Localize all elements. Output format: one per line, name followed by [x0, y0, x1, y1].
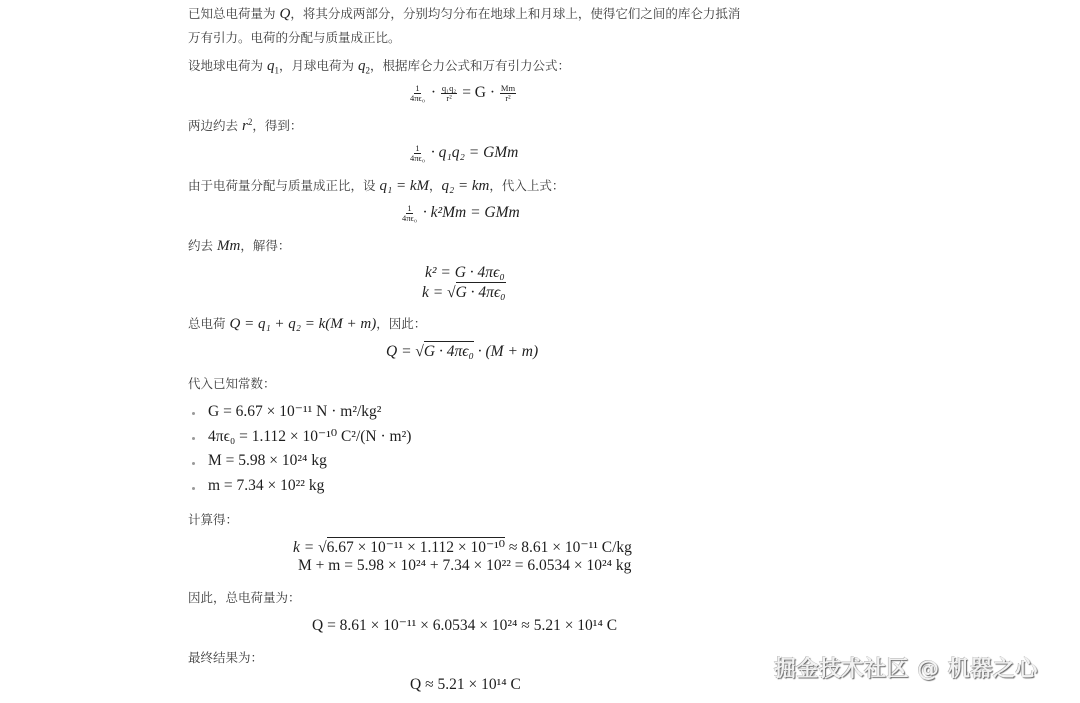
- sqrt-radical: G · 4πϵ₀: [424, 343, 474, 361]
- fraction-coulomb-const: 14πϵ₀: [401, 204, 418, 223]
- prop-text-1: 由于电荷量分配与质量成正比，设: [188, 178, 379, 193]
- equals-G: = G ·: [462, 84, 495, 101]
- fraction-masses: Mmr²: [500, 84, 516, 103]
- therefore-text: 因此，总电荷量为：: [188, 590, 301, 605]
- setup-text-2: ，月球电荷为: [279, 58, 358, 73]
- intro-paragraph: 已知总电荷量为 Q，将其分成两部分，分别均匀分布在地球上和月球上，使得它们之间的…: [188, 2, 748, 50]
- final-text: 最终结果为：: [188, 650, 263, 665]
- equation-k-squared: k² = G · 4πϵ₀: [425, 264, 505, 282]
- math-q2-km: q₂ = km: [442, 178, 490, 194]
- math-q1-kM: q₁ = kM: [379, 178, 429, 194]
- total-charge-paragraph: 总电荷 Q = q₁ + q₂ = k(M + m)，因此：: [188, 312, 426, 336]
- bullet-icon: [192, 487, 195, 490]
- equation-Q-formula: Q = √G · 4πϵ₀ · (M + m): [386, 343, 538, 361]
- equation-text: k² = G · 4πϵ₀: [425, 264, 505, 281]
- equation-final-Q: Q ≈ 5.21 × 10¹⁴ C: [410, 676, 521, 694]
- math-Q: Q: [279, 6, 290, 22]
- total-text-1: 总电荷: [188, 316, 229, 331]
- constant-G: G = 6.67 × 10⁻¹¹ N · m²/kg²: [208, 402, 381, 421]
- sqrt-radical: 6.67 × 10⁻¹¹ × 1.112 × 10⁻¹⁰: [327, 538, 505, 557]
- denominator: 4πϵ₀: [401, 214, 418, 223]
- constant-M: M = 5.98 × 10²⁴ kg: [208, 452, 327, 470]
- denominator: r²: [445, 94, 452, 103]
- equation-k: k = √G · 4πϵ₀: [422, 284, 506, 302]
- cancel-paragraph: 两边约去 r2，得到：: [188, 114, 302, 138]
- setup-text-1: 设地球电荷为: [188, 58, 267, 73]
- equation-prefix: Q = √: [386, 343, 424, 360]
- equation-calc-Q: Q = 8.61 × 10⁻¹¹ × 6.0534 × 10²⁴ ≈ 5.21 …: [312, 616, 617, 635]
- final-heading: 最终结果为：: [188, 646, 263, 670]
- equation-calc-k: k = √6.67 × 10⁻¹¹ × 1.112 × 10⁻¹⁰ ≈ 8.61…: [293, 538, 632, 557]
- prop-text-3: ，代入上式：: [489, 178, 564, 193]
- radicand: 6.67 × 10⁻¹¹ × 1.112 × 10⁻¹⁰: [327, 537, 505, 556]
- watermark: 掘金技术社区 @ 机器之心: [774, 652, 1038, 683]
- prop-text-2: ，: [429, 178, 442, 193]
- solve-text-1: 约去: [188, 238, 217, 253]
- fraction-charges: q₁q₂r²: [441, 84, 457, 103]
- equation-text: Q = 8.61 × 10⁻¹¹ × 6.0534 × 10²⁴ ≈ 5.21 …: [312, 617, 617, 634]
- setup-text-3: ，根据库仑力公式和万有引力公式：: [370, 58, 570, 73]
- denominator: 4πϵ₀: [409, 94, 426, 103]
- equation-prefix: k = √: [422, 284, 456, 301]
- cancel-text-2: ，得到：: [252, 118, 302, 133]
- equation-suffix: · (M + m): [474, 343, 538, 360]
- equation-suffix: ≈ 8.61 × 10⁻¹¹ C/kg: [505, 539, 632, 556]
- bullet-icon: [192, 462, 195, 465]
- fraction-coulomb-const: 14πϵ₀: [409, 84, 426, 103]
- therefore-heading: 因此，总电荷量为：: [188, 586, 301, 610]
- equation-substituted: 14πϵ₀ · k²Mm = GMm: [400, 204, 520, 223]
- equation-prefix: k = √: [293, 539, 327, 556]
- radicand: G · 4πϵ₀: [424, 341, 474, 360]
- equation-text: M + m = 5.98 × 10²⁴ + 7.34 × 10²² = 6.05…: [298, 557, 631, 574]
- solve-text-2: ，解得：: [240, 238, 290, 253]
- sqrt-radical: G · 4πϵ₀: [456, 284, 506, 302]
- constant-m: m = 7.34 × 10²² kg: [208, 477, 324, 495]
- equation-simplified: 14πϵ₀ · q₁q₂ = GMm: [408, 144, 518, 163]
- equation-rest: · k²Mm = GMm: [423, 204, 520, 221]
- constants-heading: 代入已知常数：: [188, 372, 276, 396]
- bullet-icon: [192, 437, 195, 440]
- setup-paragraph: 设地球电荷为 q1，月球电荷为 q2，根据库仑力公式和万有引力公式：: [188, 54, 570, 78]
- constant-4pi-epsilon: 4πϵ₀ = 1.112 × 10⁻¹⁰ C²/(N · m²): [208, 427, 411, 446]
- proportional-paragraph: 由于电荷量分配与质量成正比，设 q₁ = kM，q₂ = km，代入上式：: [188, 174, 564, 198]
- compute-heading: 计算得：: [188, 508, 238, 532]
- intro-text-1: 已知总电荷量为: [188, 6, 279, 21]
- radicand: G · 4πϵ₀: [456, 282, 506, 301]
- math-Mm: Mm: [217, 238, 240, 254]
- math-total-Q: Q = q₁ + q₂ = k(M + m): [229, 316, 376, 332]
- constants-text: 代入已知常数：: [188, 376, 276, 391]
- bullet-icon: [192, 412, 195, 415]
- equation-calc-M-plus-m: M + m = 5.98 × 10²⁴ + 7.34 × 10²² = 6.05…: [298, 557, 631, 575]
- compute-text: 计算得：: [188, 512, 238, 527]
- fraction-coulomb-const: 14πϵ₀: [409, 144, 426, 163]
- cancel-text-1: 两边约去: [188, 118, 242, 133]
- equation-text: Q ≈ 5.21 × 10¹⁴ C: [410, 676, 521, 693]
- equation-rest: · q₁q₂ = GMm: [431, 144, 519, 161]
- denominator: 4πϵ₀: [409, 154, 426, 163]
- equation-force-balance: 14πϵ₀ · q₁q₂r² = G · Mmr²: [408, 84, 517, 103]
- solve-paragraph: 约去 Mm，解得：: [188, 234, 290, 258]
- denominator: r²: [504, 94, 511, 103]
- total-text-2: ，因此：: [376, 316, 426, 331]
